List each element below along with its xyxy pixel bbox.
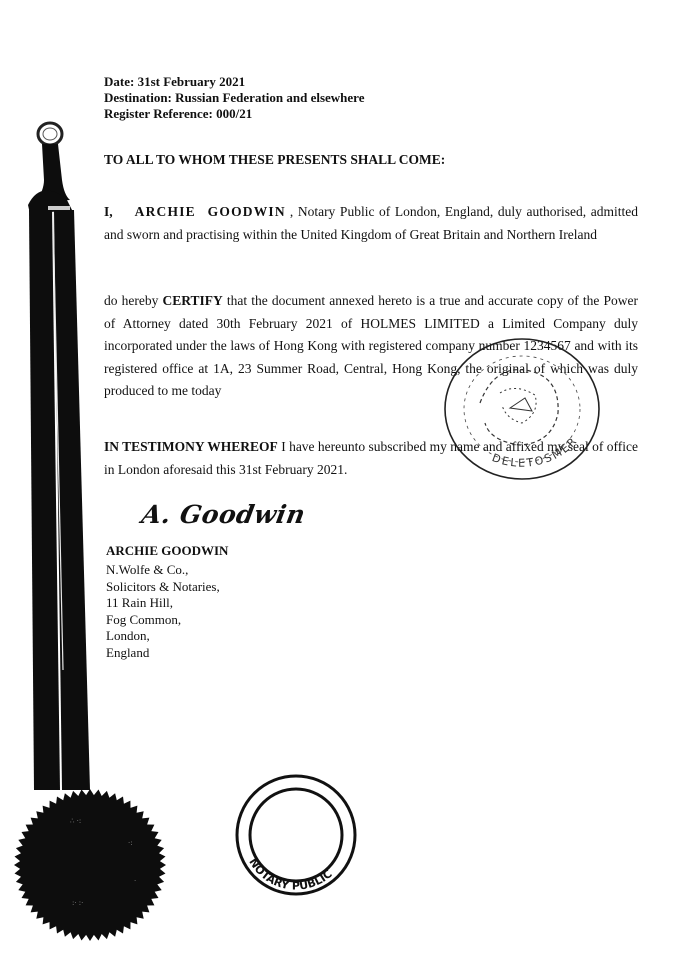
document-header: Date: 31st February 2021 Destination: Ru… xyxy=(104,74,364,122)
register-reference-line: Register Reference: 000/21 xyxy=(104,106,364,122)
address-line: England xyxy=(106,645,220,662)
date-line: Date: 31st February 2021 xyxy=(104,74,364,90)
certify-lead: do hereby xyxy=(104,293,162,308)
salutation-title: TO ALL TO WHOM THESE PRESENTS SHALL COME… xyxy=(104,152,445,168)
svg-text:·:: ·: xyxy=(128,839,133,847)
signer-address: N.Wolfe & Co., Solicitors & Notaries, 11… xyxy=(106,562,220,661)
svg-text:DELETOSMERE: DELETOSMERE xyxy=(440,333,580,470)
notary-public-stamp: NOTARY PUBLIC xyxy=(233,773,361,901)
notary-name: ARCHIE GOODWIN xyxy=(135,204,286,219)
testimony-keyword: IN TESTIMONY WHEREOF xyxy=(104,439,278,454)
handwritten-signature: A. Goodwin xyxy=(139,500,307,529)
certify-keyword: CERTIFY xyxy=(162,293,222,308)
wax-seal: ∴ ·: ·: · :· :· xyxy=(10,785,170,945)
address-line: 11 Rain Hill, xyxy=(106,595,220,612)
svg-text:·: · xyxy=(134,877,136,885)
address-line: N.Wolfe & Co., xyxy=(106,562,220,579)
signer-name: ARCHIE GOODWIN xyxy=(106,543,228,559)
svg-text::· :·: :· :· xyxy=(72,899,83,907)
svg-text:∴ ·:: ∴ ·: xyxy=(70,817,81,825)
address-line: London, xyxy=(106,628,220,645)
destination-line: Destination: Russian Federation and else… xyxy=(104,90,364,106)
embossed-notary-seal: DELETOSMERE xyxy=(440,333,605,483)
address-line: Fog Common, xyxy=(106,612,220,629)
binding-ribbon xyxy=(0,110,110,790)
intro-pronoun: I, xyxy=(104,204,113,219)
notary-identity-paragraph: I,ARCHIE GOODWIN, Notary Public of Londo… xyxy=(104,201,638,246)
address-line: Solicitors & Notaries, xyxy=(106,579,220,596)
